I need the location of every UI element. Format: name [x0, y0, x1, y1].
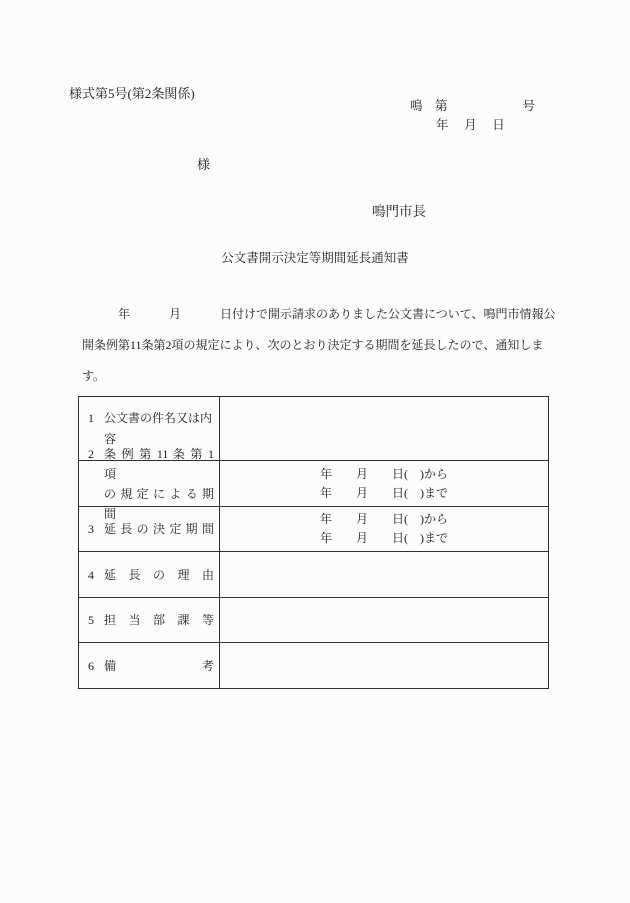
table-row-department: 5 担 当 部 課 等: [79, 597, 548, 642]
row-number: 6: [88, 656, 104, 676]
period-to-line: 年 月 日( )まで: [320, 529, 448, 548]
row-label-cell: 4 延 長 の 理 由: [79, 552, 220, 597]
period-from-line: 年 月 日( )から: [320, 510, 448, 529]
row-label: 備 考: [104, 656, 214, 676]
row-value-cell: 年 月 日( )から 年 月 日( )まで: [220, 507, 548, 551]
document-date-line: 年 月 日: [436, 115, 505, 133]
form-table: 1 公文書の件名又は内容 2 条 例 第 11 条 第 1 項 の 規 定 に …: [78, 396, 549, 689]
row-value-cell-blank: [220, 643, 548, 688]
period-from-line: 年 月 日( )から: [320, 465, 448, 484]
body-line-2: 開条例第11条第2項の規定により、次のとおり決定する期間を延長したので、通知しま: [82, 330, 572, 361]
row-label-cell: 5 担 当 部 課 等: [79, 598, 220, 642]
body-line-3: す。: [82, 361, 572, 392]
row-label: 延 長 の 理 由: [104, 565, 214, 585]
table-row-extended-period: 3 延 長 の 決 定 期 間 年 月 日( )から 年 月 日( )まで: [79, 506, 548, 551]
row-value-cell: 年 月 日( )から 年 月 日( )まで: [220, 461, 548, 506]
row-value-cell-blank: [220, 598, 548, 642]
row-label-cell: 3 延 長 の 決 定 期 間: [79, 507, 220, 551]
row-label-line-1: 条 例 第 11 条 第 1 項: [104, 444, 214, 484]
row-number: 2: [88, 444, 104, 464]
document-number-line: 鳴 第 号: [410, 96, 535, 114]
table-row-article11-period: 2 条 例 第 11 条 第 1 項 の 規 定 に よ る 期 間 年 月 日…: [79, 460, 548, 506]
period-to-line: 年 月 日( )まで: [320, 484, 448, 503]
row-label-cell: 6 備 考: [79, 643, 220, 688]
document-title: 公文書開示決定等期間延長通知書: [0, 248, 630, 266]
body-paragraph: 年 月 日付けで開示請求のありました公文書について、鳴門市情報公 開条例第11条…: [82, 299, 572, 392]
row-number: 3: [88, 519, 104, 539]
row-label: 延 長 の 決 定 期 間: [104, 519, 214, 539]
body-line-1: 年 月 日付けで開示請求のありました公文書について、鳴門市情報公: [82, 299, 572, 330]
form-number-label: 様式第5号(第2条関係): [69, 83, 195, 102]
table-row-extension-reason: 4 延 長 の 理 由: [79, 551, 548, 597]
table-row-remarks: 6 備 考: [79, 642, 548, 688]
row-number: 4: [88, 565, 104, 585]
sender-name: 鳴門市長: [372, 200, 426, 220]
row-number: 5: [88, 610, 104, 630]
row-number: 1: [88, 408, 104, 429]
recipient-honorific: 様: [197, 154, 210, 173]
row-label-cell: 2 条 例 第 11 条 第 1 項 の 規 定 に よ る 期 間: [79, 461, 220, 506]
document-page: 様式第5号(第2条関係) 鳴 第 号 年 月 日 様 鳴門市長 公文書開示決定等…: [0, 0, 630, 903]
row-value-cell-blank: [220, 552, 548, 597]
row-label: 担 当 部 課 等: [104, 610, 214, 630]
row-value-cell-blank: [220, 397, 548, 460]
